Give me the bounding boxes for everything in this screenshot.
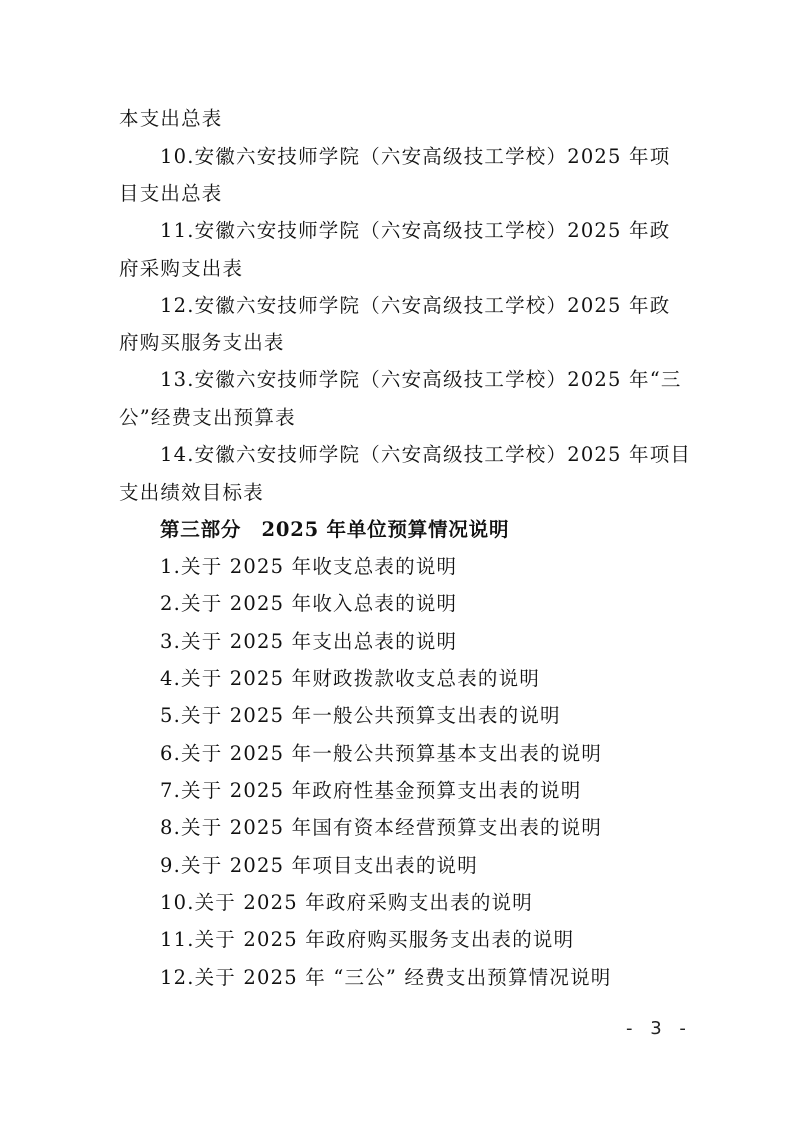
list-item: 12.关于 2025 年 “三公” 经费支出预算情况说明: [160, 966, 611, 990]
list-item-continuation: 公”经费支出预算表: [119, 406, 296, 430]
list-item: 10.关于 2025 年政府采购支出表的说明: [160, 891, 533, 915]
list-item: 10.安徽六安技师学院（六安高级技工学校）2025 年项: [160, 145, 670, 169]
list-item: 13.安徽六安技师学院（六安高级技工学校）2025 年“三: [160, 368, 682, 392]
list-item: 5.关于 2025 年一般公共预算支出表的说明: [160, 704, 561, 728]
list-item: 2.关于 2025 年收入总表的说明: [160, 592, 457, 616]
list-item: 14.安徽六安技师学院（六安高级技工学校）2025 年项目: [160, 443, 691, 467]
list-item: 7.关于 2025 年政府性基金预算支出表的说明: [160, 779, 581, 803]
list-item-continuation: 本支出总表: [119, 107, 223, 131]
list-item: 8.关于 2025 年国有资本经营预算支出表的说明: [160, 816, 602, 840]
list-item: 3.关于 2025 年支出总表的说明: [160, 630, 457, 654]
list-item: 12.安徽六安技师学院（六安高级技工学校）2025 年政: [160, 294, 670, 318]
page-number: - 3 -: [626, 1018, 692, 1039]
list-item: 9.关于 2025 年项目支出表的说明: [160, 854, 478, 878]
list-item: 4.关于 2025 年财政拨款收支总表的说明: [160, 667, 540, 691]
list-item: 11.关于 2025 年政府购买服务支出表的说明: [160, 928, 574, 952]
list-item: 11.安徽六安技师学院（六安高级技工学校）2025 年政: [160, 219, 670, 243]
list-item-continuation: 目支出总表: [119, 182, 223, 206]
list-item: 6.关于 2025 年一般公共预算基本支出表的说明: [160, 742, 602, 766]
section-heading: 第三部分 2025 年单位预算情况说明: [160, 518, 509, 542]
list-item-continuation: 府购买服务支出表: [119, 331, 285, 355]
list-item: 1.关于 2025 年收支总表的说明: [160, 555, 457, 579]
document-page: 本支出总表 10.安徽六安技师学院（六安高级技工学校）2025 年项 目支出总表…: [0, 0, 793, 1122]
list-item-continuation: 支出绩效目标表: [119, 481, 264, 505]
list-item-continuation: 府采购支出表: [119, 257, 243, 281]
